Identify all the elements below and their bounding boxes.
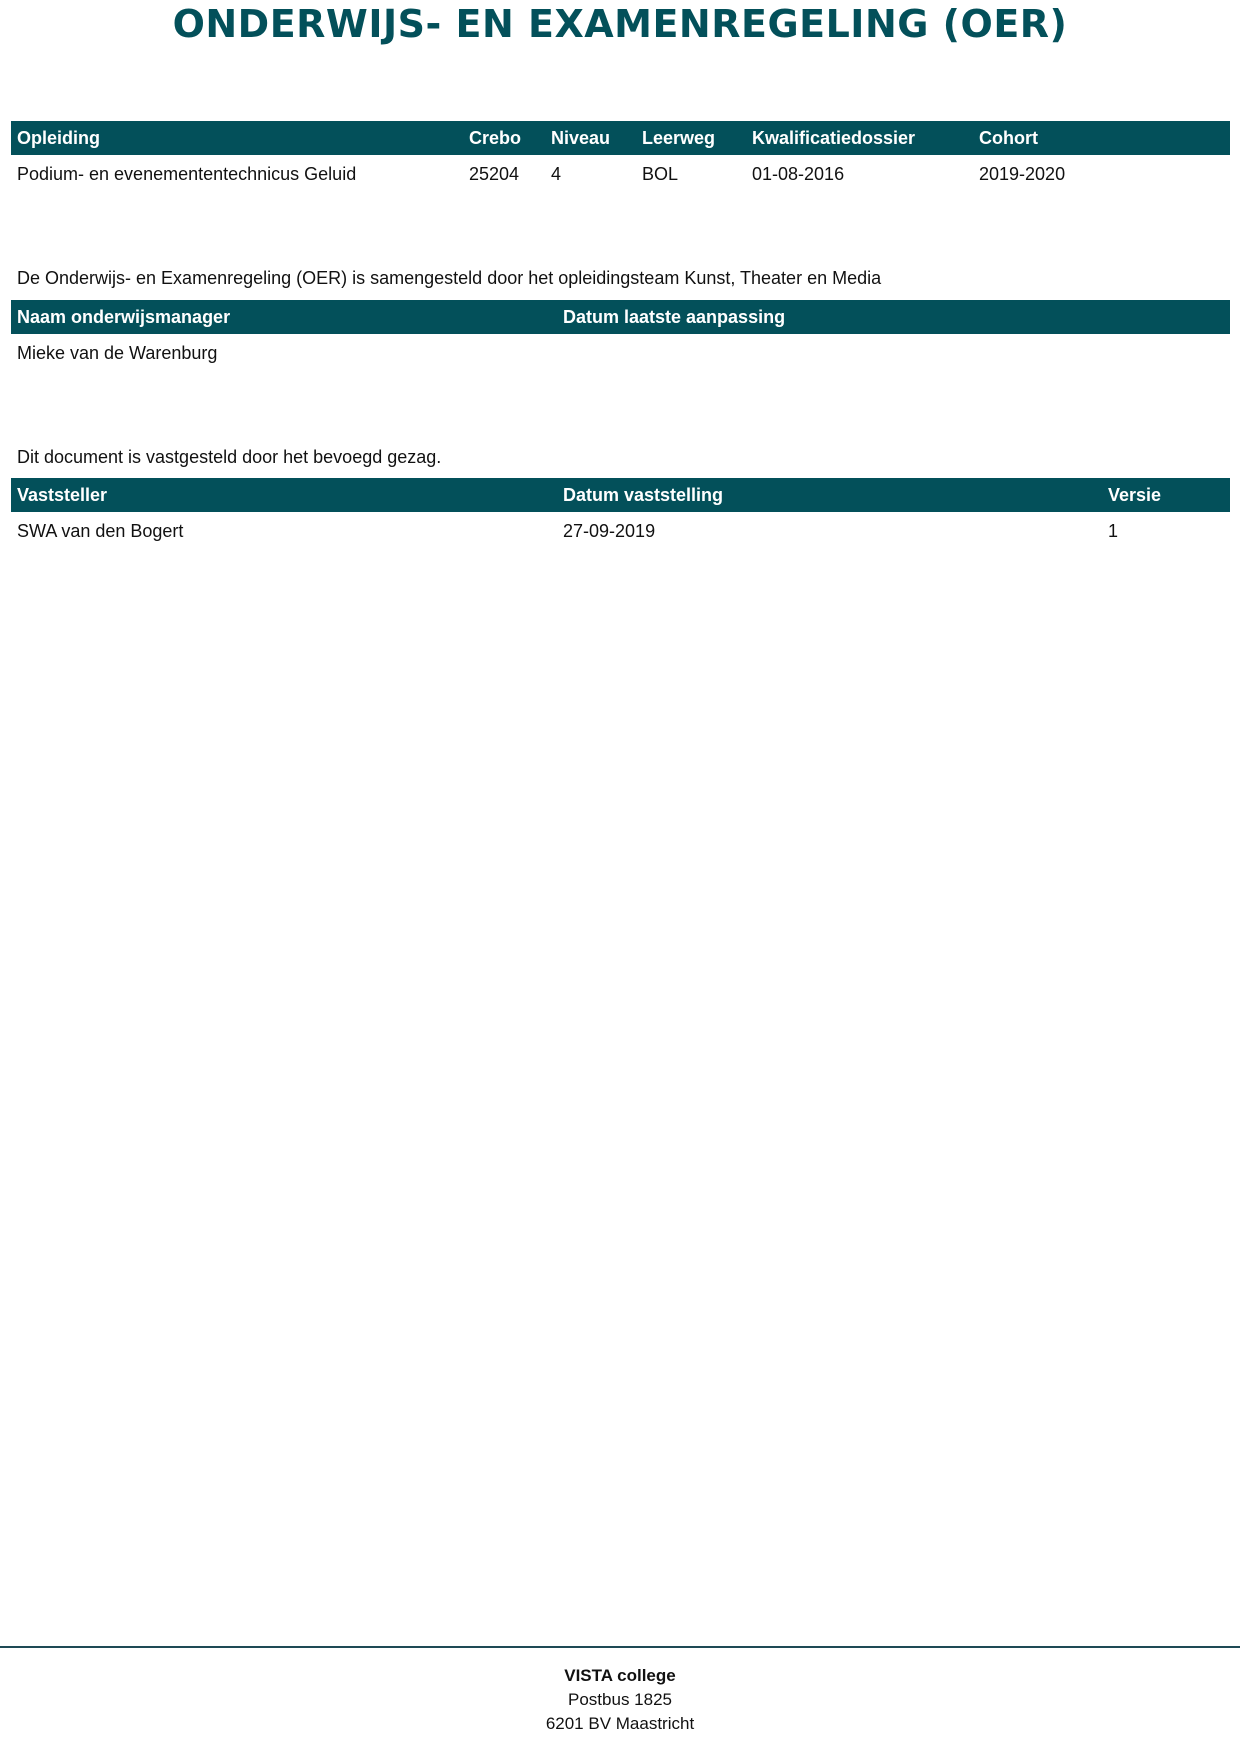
cell-cohort: 2019-2020 (973, 155, 1230, 193)
column-header-leerweg: Leerweg (636, 121, 746, 155)
vaststelling-table: Vaststeller Datum vaststelling Versie SW… (11, 478, 1230, 550)
column-header-cohort: Cohort (973, 121, 1230, 155)
table-row: Podium- en evenemententechnicus Geluid 2… (11, 155, 1230, 193)
cell-crebo: 25204 (463, 155, 545, 193)
table-row: SWA van den Bogert 27-09-2019 1 (11, 512, 1230, 550)
cell-opleiding: Podium- en evenemententechnicus Geluid (11, 155, 463, 193)
footer-divider (0, 1646, 1240, 1648)
cell-leerweg: BOL (636, 155, 746, 193)
opleiding-table: Opleiding Crebo Niveau Leerweg Kwalifica… (11, 121, 1230, 193)
column-header-datum-vaststelling: Datum vaststelling (557, 478, 1102, 512)
table-header-row: Naam onderwijsmanager Datum laatste aanp… (11, 300, 1230, 334)
cell-datum-vaststelling: 27-09-2019 (557, 512, 1102, 550)
cell-niveau: 4 (545, 155, 636, 193)
column-header-crebo: Crebo (463, 121, 545, 155)
column-header-datum-laatste-aanpassing: Datum laatste aanpassing (557, 300, 1230, 334)
page-footer: VISTA college Postbus 1825 6201 BV Maast… (0, 1664, 1240, 1736)
cell-datum-laatste-aanpassing (557, 334, 1230, 372)
vastgesteld-statement: Dit document is vastgesteld door het bev… (17, 447, 441, 468)
table-row: Mieke van de Warenburg (11, 334, 1230, 372)
column-header-niveau: Niveau (545, 121, 636, 155)
column-header-opleiding: Opleiding (11, 121, 463, 155)
samengesteld-statement: De Onderwijs- en Examenregeling (OER) is… (17, 268, 881, 289)
footer-organization: VISTA college (0, 1664, 1240, 1688)
column-header-naam-onderwijsmanager: Naam onderwijsmanager (11, 300, 557, 334)
table-header-row: Opleiding Crebo Niveau Leerweg Kwalifica… (11, 121, 1230, 155)
column-header-kwalificatiedossier: Kwalificatiedossier (746, 121, 973, 155)
page-title: ONDERWIJS- EN EXAMENREGELING (OER) (0, 2, 1240, 46)
manager-table: Naam onderwijsmanager Datum laatste aanp… (11, 300, 1230, 372)
cell-versie: 1 (1102, 512, 1230, 550)
footer-address-line2: 6201 BV Maastricht (0, 1712, 1240, 1736)
cell-naam-onderwijsmanager: Mieke van de Warenburg (11, 334, 557, 372)
cell-vaststeller: SWA van den Bogert (11, 512, 557, 550)
footer-address-line1: Postbus 1825 (0, 1688, 1240, 1712)
column-header-versie: Versie (1102, 478, 1230, 512)
cell-kwalificatiedossier: 01-08-2016 (746, 155, 973, 193)
column-header-vaststeller: Vaststeller (11, 478, 557, 512)
table-header-row: Vaststeller Datum vaststelling Versie (11, 478, 1230, 512)
